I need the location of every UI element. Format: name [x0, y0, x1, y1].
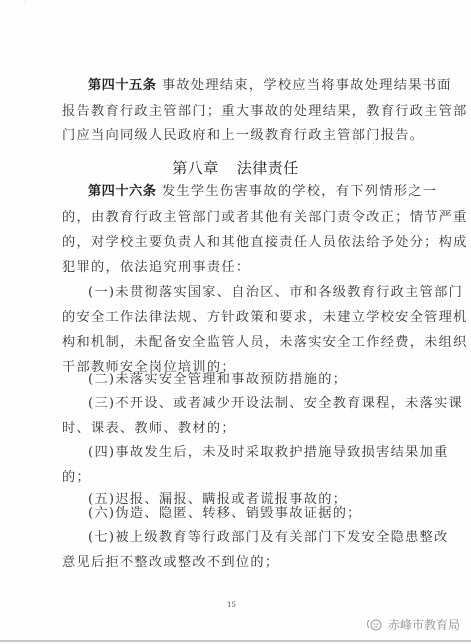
- item-1-line-3: 构和机制，未配备安全监管人员，未落实安全工作经费，未组织: [62, 334, 418, 352]
- wechat-icon: [366, 617, 384, 631]
- item-4-line-1: (四)事故发生后，未及时采取救护措施导致损害结果加重: [88, 444, 418, 462]
- article-46-number: 第四十六条: [88, 184, 156, 199]
- chapter-heading: 第八章法律责任: [0, 158, 471, 178]
- scan-dots: · · · ·: [347, 140, 377, 148]
- item-6-line-1: (六)伪造、隐匿、转移、销毁事故证据的；: [88, 505, 418, 523]
- article-45-line-2: 报告教育行政主管部门；重大事故的处理结果，教育行政主管部: [62, 103, 418, 121]
- scan-artifact: ⁞: [25, 2, 29, 8]
- chapter-title: 法律责任: [237, 159, 299, 177]
- item-4-line-2: 的；: [62, 469, 418, 487]
- item-1-line-2: 的安全工作法律法规、方针政策和要求，未建立学校安全管理机: [62, 309, 418, 327]
- article-46-line-2: 的，由教育行政主管部门或者其他有关部门责令改正；情节严重: [62, 209, 418, 227]
- article-45-text: 事故处理结束，学校应当将事故处理结果书面: [162, 78, 452, 93]
- item-3-line-1: (三)不开设、或者减少开设法制、安全教育课程，未落实课: [88, 395, 418, 413]
- item-7-line-1: (七)被上级教育等行政部门及有关部门下发安全隐患整改: [88, 529, 418, 547]
- chapter-number: 第八章: [172, 159, 219, 177]
- item-3-line-2: 时、课表、教师、教材的；: [62, 420, 418, 438]
- item-2-line-1: (二)未落实安全管理和事故预防措施的；: [88, 371, 418, 389]
- watermark: 赤峰市教育局: [366, 616, 460, 632]
- bottom-divider: [0, 640, 471, 642]
- item-1-line-1: (一)未贯彻落实国家、自治区、市和各级教育行政主管部门: [88, 284, 418, 302]
- article-46-line-3: 的，对学校主要负责人和其他直接责任人员依法给予处分；构成: [62, 234, 418, 252]
- article-45-number: 第四十五条: [88, 78, 156, 93]
- article-46-text: 发生学生伤害事故的学校，有下列情形之一: [162, 184, 437, 199]
- article-45-line-1: 第四十五条 事故处理结束，学校应当将事故处理结果书面: [88, 77, 418, 95]
- watermark-text: 赤峰市教育局: [388, 616, 460, 633]
- article-46-line-1: 第四十六条 发生学生伤害事故的学校，有下列情形之一: [88, 183, 418, 201]
- page-number: 15: [227, 601, 236, 609]
- item-7-line-2: 意见后拒不整改或整改不到位的；: [62, 554, 418, 572]
- document-page: ⁞ 第四十五条 事故处理结束，学校应当将事故处理结果书面 报告教育行政主管部门；…: [0, 0, 471, 644]
- article-46-line-4: 犯罪的，依法追究刑事责任：: [62, 259, 418, 277]
